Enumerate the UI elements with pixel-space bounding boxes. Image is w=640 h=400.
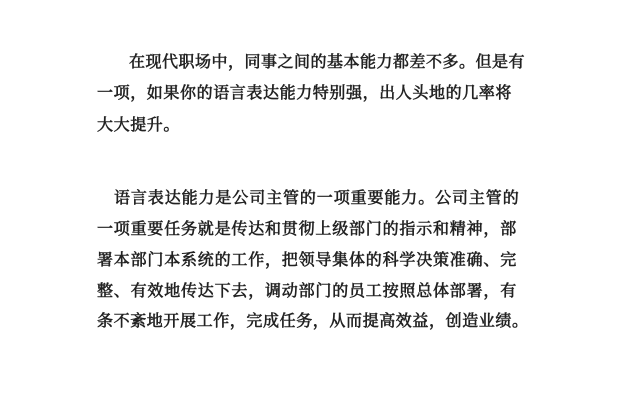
paragraph-line: 整、有效地传达下去，调动部门的员工按照总体部署，有 [97,281,517,301]
paragraph-line: 条不紊地开展工作，完成任务，从而提高效益，创造业绩。 [97,311,529,331]
paragraph-line: 大大提升。 [97,115,180,135]
paragraph-line: 在现代职场中，同事之间的基本能力都差不多。但是有 [129,52,525,72]
document-page: 在现代职场中，同事之间的基本能力都差不多。但是有 一项，如果你的语言表达能力特别… [0,0,640,400]
paragraph-line: 一项重要任务就是传达和贯彻上级部门的指示和精神，部 [97,219,517,239]
paragraph-line: 语言表达能力是公司主管的一项重要能力。公司主管的 [114,188,520,208]
paragraph-line: 一项，如果你的语言表达能力特别强，出人头地的几率将 [97,83,512,103]
paragraph-line: 署本部门本系统的工作，把领导集体的科学决策准确、完 [97,250,517,270]
